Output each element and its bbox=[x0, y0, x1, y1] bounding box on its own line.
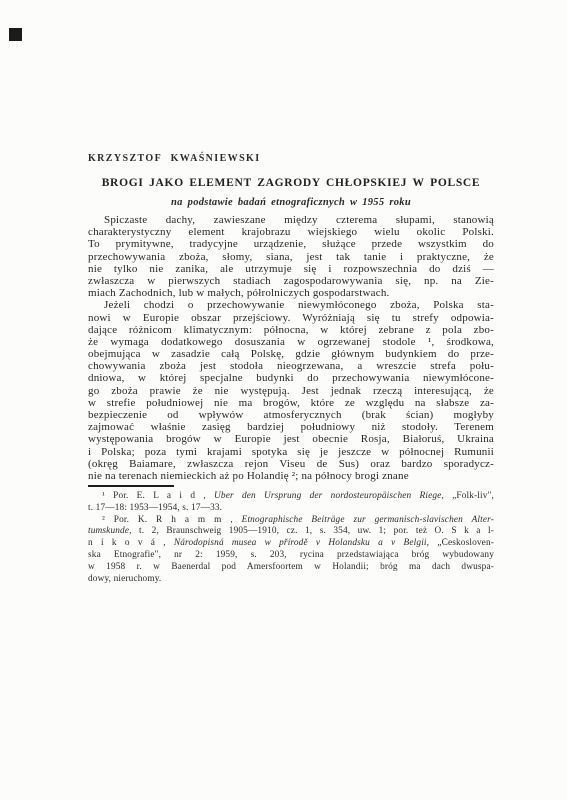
footnote-text: , „Folk-liv", bbox=[441, 491, 494, 501]
footnote-line: ² Por. K. R h a m m , Etnographische Bei… bbox=[88, 515, 494, 527]
body-line: bezpieczenie od wpływów atmosferycznych … bbox=[88, 409, 494, 421]
footnote-text: n í k o v á , bbox=[88, 538, 174, 548]
footnote-line: n í k o v á , Národopisná musea w přírod… bbox=[88, 538, 494, 550]
article-subtitle: na podstawie badań etnograficznych w 195… bbox=[88, 197, 494, 208]
footnote-text: , t. 2, Braunschweig 1905—1910, cz. 1, s… bbox=[129, 526, 494, 536]
body-line: nie tylko nie zanika, ale utrzymuje się … bbox=[88, 263, 494, 275]
body-text: Spiczaste dachy, zawieszane między czter… bbox=[88, 214, 494, 482]
footnote-line: w 1958 r. w Baenerdal pod Amersfoortem w… bbox=[88, 562, 494, 574]
body-line: w strefie południowej nie ma brogów, któ… bbox=[88, 397, 494, 409]
footnote-text: dowy, nieruchomy. bbox=[88, 574, 161, 584]
body-line: go zboża prawie że nie występują. Jest j… bbox=[88, 385, 494, 397]
body-line: nie na terenach niemieckich aż po Holand… bbox=[88, 470, 494, 482]
body-line: zajmować właśnie zasięg bardziej południ… bbox=[88, 421, 494, 433]
footnote-work-title: Národopisná musea w přírodě v Holandsku … bbox=[174, 538, 427, 548]
footnote-text: w 1958 r. w Baenerdal pod Amersfoortem w… bbox=[88, 562, 494, 572]
body-line: To prymitywne, tradycyjne urządzenie, sł… bbox=[88, 238, 494, 250]
body-line: obejmująca w zasadzie całą Polskę, gdzie… bbox=[88, 348, 494, 360]
footnote-work-title: tumskunde bbox=[88, 526, 129, 536]
footnote-work-title: Über den Ursprung der nordosteuropäische… bbox=[214, 491, 441, 501]
body-line: występowania brogów w Europie jest obecn… bbox=[88, 433, 494, 445]
footnote-line: ¹ Por. E. L a i d , Über den Ursprung de… bbox=[88, 491, 494, 503]
body-line: i Polska; poza tymi krajami spotyka się … bbox=[88, 446, 494, 458]
article-title: BROGI JAKO ELEMENT ZAGRODY CHŁOPSKIEJ W … bbox=[88, 177, 494, 189]
body-line: dniowa, w której specjalne budynki do pr… bbox=[88, 372, 494, 384]
footnote-text: ² Por. K. R h a m m , bbox=[102, 515, 242, 525]
footnote-text: t. 17—18: 1953—1954, s. 17—33. bbox=[88, 503, 222, 513]
footnote-text: , „Českosloven- bbox=[427, 538, 494, 548]
footnote-line: dowy, nieruchomy. bbox=[88, 574, 494, 586]
author-line: KRZYSZTOF KWAŚNIEWSKI bbox=[88, 153, 261, 164]
body-line: Spiczaste dachy, zawieszane między czter… bbox=[88, 214, 494, 226]
body-line: chowywania zboża jest stodoła nieogrzewa… bbox=[88, 360, 494, 372]
body-line: nowi w Europie obszar przejściowy. Wyróż… bbox=[88, 312, 494, 324]
footnote-text: ¹ Por. E. L a i d , bbox=[102, 491, 214, 501]
footnote-text: ska Etnografie", nr 2: 1959, s. 203, ryc… bbox=[88, 550, 494, 560]
footnote-line: t. 17—18: 1953—1954, s. 17—33. bbox=[88, 503, 494, 515]
body-line: dające różnicom klimatycznym: północna, … bbox=[88, 324, 494, 336]
body-line: że wymaga dodatkowego dosuszania w ogrze… bbox=[88, 336, 494, 348]
scan-mark-square bbox=[9, 28, 22, 41]
body-line: charakterystyczny element krajobrazu wie… bbox=[88, 226, 494, 238]
body-line: miach Zachodnich, lub w małych, półrolni… bbox=[88, 287, 494, 299]
body-line: (okręg Baiamare, zwłaszcza rejon Viseu d… bbox=[88, 458, 494, 470]
footnote-separator-rule bbox=[88, 485, 174, 487]
footnote-work-title: Etnographische Beiträge zur germanisch-s… bbox=[242, 515, 494, 525]
body-line: zwłaszcza w pierwszych stadiach zagospod… bbox=[88, 275, 494, 287]
footnote-line: tumskunde, t. 2, Braunschweig 1905—1910,… bbox=[88, 526, 494, 538]
scanned-page: KRZYSZTOF KWAŚNIEWSKI BROGI JAKO ELEMENT… bbox=[0, 0, 567, 800]
footnotes-block: ¹ Por. E. L a i d , Über den Ursprung de… bbox=[88, 491, 494, 585]
body-line: Jeżeli chodzi o przechowywanie niewymłóc… bbox=[88, 299, 494, 311]
body-line: przechowywania zboża, słomy, siana, jest… bbox=[88, 251, 494, 263]
footnote-line: ska Etnografie", nr 2: 1959, s. 203, ryc… bbox=[88, 550, 494, 562]
